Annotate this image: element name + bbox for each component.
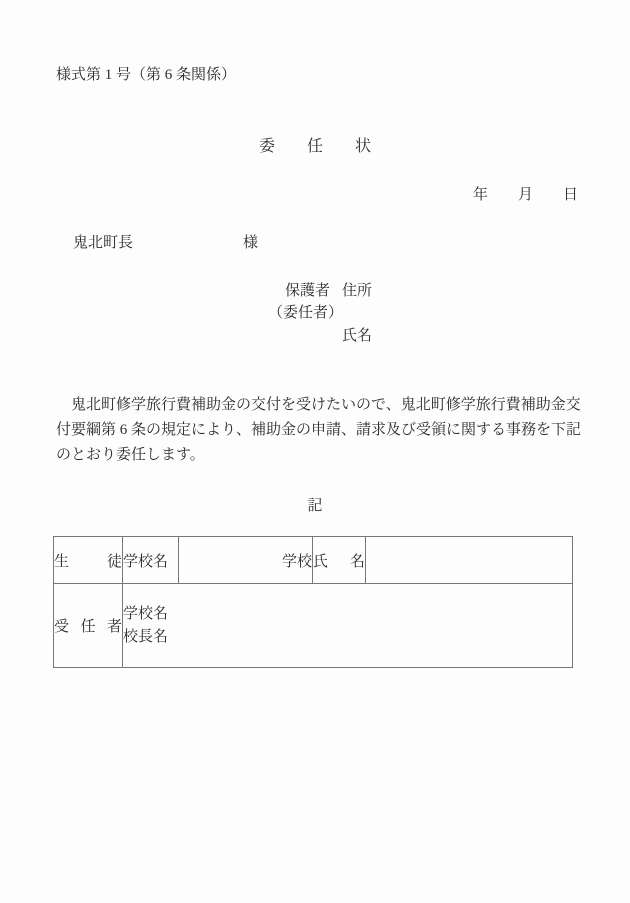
school-name-label-cell: 学校名 [123, 537, 179, 584]
school-suffix-label: 学校 [282, 554, 312, 570]
delegate-info-cell: 学校名 校長名 [123, 584, 573, 668]
addressee-honorific: 様 [243, 235, 258, 251]
addressee-line: 鬼北町長様 [73, 231, 258, 252]
body-line-3: のとおり委任します。 [56, 443, 576, 468]
student-name-value-cell [366, 537, 573, 584]
document-page: 様式第 1 号（第 6 条関係） 委 任 状 年 月 日 鬼北町長様 保護者住所… [0, 0, 630, 903]
delegator-role-label: 保護者 [285, 283, 330, 299]
body-paragraph: 鬼北町修学旅行費補助金の交付を受けたいので、鬼北町修学旅行費補助金交 付要綱第 … [56, 393, 576, 468]
date-line: 年 月 日 [473, 183, 578, 204]
document-title: 委 任 状 [0, 133, 630, 156]
delegate-row: 受任者 学校名 校長名 [54, 584, 573, 668]
record-marker: 記 [0, 494, 630, 515]
delegation-table: 生徒 学校名 学校 氏名 受任者 学校名 校長名 [53, 536, 573, 668]
addressee-name: 鬼北町長 [73, 235, 133, 251]
delegate-label-cell: 受任者 [54, 584, 123, 668]
delegate-principal-name-label: 校長名 [123, 626, 572, 649]
delegator-name-label: 氏名 [342, 324, 372, 345]
form-number: 様式第 1 号（第 6 条関係） [56, 63, 236, 84]
body-line-1: 鬼北町修学旅行費補助金の交付を受けたいので、鬼北町修学旅行費補助金交 [56, 393, 576, 418]
body-line-2: 付要綱第 6 条の規定により、補助金の申請、請求及び受領に関する事務を下記 [56, 418, 576, 443]
school-name-value-cell: 学校 [179, 537, 313, 584]
delegator-address-label: 住所 [342, 283, 372, 299]
student-name-label-cell: 氏名 [313, 537, 366, 584]
delegator-role-line: 保護者住所 [285, 279, 372, 300]
student-label-cell: 生徒 [54, 537, 123, 584]
delegator-paren-label: （委任者） [268, 301, 343, 322]
student-row: 生徒 学校名 学校 氏名 [54, 537, 573, 584]
delegate-school-name-label: 学校名 [123, 603, 572, 626]
